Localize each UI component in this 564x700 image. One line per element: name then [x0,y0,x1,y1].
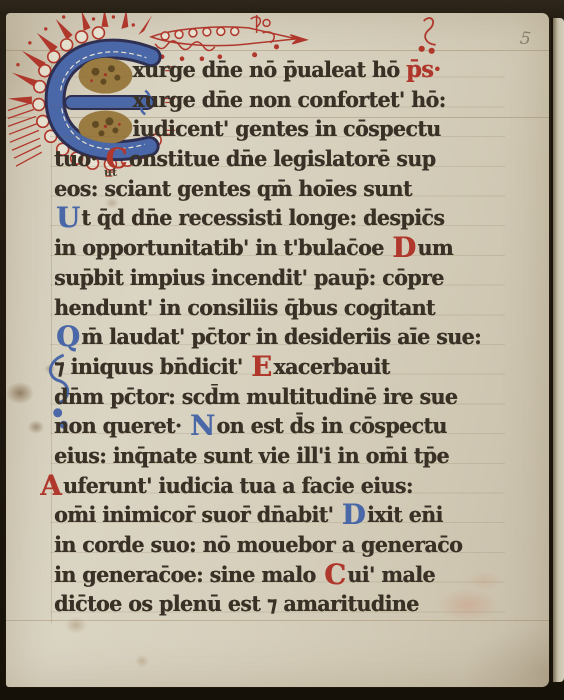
versal-initial: N [188,409,216,442]
text-line: Auferunt' iudicia tua a facie eius: [54,471,490,501]
ruling-line [6,620,549,621]
paraph-mark-icon [420,18,436,53]
text-segment: onstitue dn̄e legislatorē sup [129,146,436,171]
text-segment: t q̄d dn̄e recessisti longe: despic̄s [81,205,444,230]
text-segment: non queret· [54,413,188,438]
text-segment: om̄i inimicor̄ suor̄ dn̄abit' [54,502,340,527]
margin-ruling-line [51,43,52,623]
text-segment: hendunt' in consiliis q̄bus cogitant [54,295,435,320]
text-segment: in corde suo: nō mouebor a generac̄o [54,532,462,557]
parchment-page: E xurge dn̄e nō p̄ualeat hō p̄s·xurge … [6,13,549,687]
text-segment: ui' male [347,562,435,587]
text-line: Ut q̄d dn̄e recessisti longe: despic̄s [54,203,490,233]
text-segment: tuo· [54,146,104,171]
text-line: hendunt' in consiliis q̄bus cogitant [54,293,490,323]
versal-initial: D [340,498,367,531]
text-segment: xurge dn̄e non confortet' hō: [132,87,445,112]
text-segment: iudicent' gentes in cōspectu [132,116,440,141]
text-line: Qm̄ laudat' pc̄tor in desideriis aīe sue… [54,322,490,352]
text-line: xurge dn̄e non confortet' hō: [54,85,490,115]
versal-initial: C [322,558,347,591]
text-segment: dn̄m pc̄tor: scd̄m multitudinē ire sue [54,384,457,409]
text-line: eius: inq̄nate sunt vie ill'i in om̄i tp… [54,441,490,471]
interlinear-note: ut [104,166,117,179]
text-line: dn̄m pc̄tor: scd̄m multitudinē ire sue [54,382,490,412]
text-line: eos: sciant gentes qm̄ hoīes sunt [54,174,490,204]
hatching-icon [8,103,42,167]
text-segment: eos: sciant gentes qm̄ hoīes sunt [54,176,412,201]
text-segment: m̄ laudat' pc̄tor in desideriis aīe sue: [81,324,481,349]
versal-initial: U [54,201,81,234]
ruling-line [6,50,549,51]
text-segment: xacerbauit [273,354,389,379]
illuminated-initial-letter: E [6,13,7,14]
text-segment: uferunt' iudicia tua a facie eius: [63,473,413,498]
penwork-banner-icon [151,15,306,60]
versal-initial: E [249,350,273,383]
text-segment: ixit en̄i [367,502,443,527]
text-line: non queret· Non est d̄s in cōspectu [54,411,490,441]
text-line: iudicent' gentes in cōspectu [54,114,490,144]
folio-number: 5 [519,28,532,49]
text-line: tuo· Constitue dn̄e legislatorē sup [54,144,490,174]
versal-initial: Q [54,320,81,353]
text-segment: dic̄toe os plenū est ⁊ amaritudine [54,591,419,616]
text-line: in generac̄oe: sine malo Cui' male [54,560,490,590]
text-segment: in opportunitatib' in t'bulac̄oe [54,235,390,260]
text-segment: p̄s· [406,56,441,83]
text-segment: on est d̄s in cōspectu [216,413,446,438]
text-line: in opportunitatib' in t'bulac̄oe Dum [54,233,490,263]
text-line: om̄i inimicor̄ suor̄ dn̄abit' Dixit en̄i [54,500,490,530]
text-segment: eius: inq̄nate sunt vie ill'i in om̄i tp… [54,443,449,468]
text-segment: ⁊ iniquus bn̄dicit' [54,354,249,379]
text-line: sup̄bit impius incendit' paup̄: cōpre [54,263,490,293]
versal-initial: A [38,469,63,502]
text-line: in corde suo: nō mouebor a generac̄o [54,530,490,560]
text-line: ⁊ iniquus bn̄dicit' Exacerbauit [54,352,490,382]
page-fore-edge [551,18,564,682]
text-segment: um [417,235,453,260]
text-line: dic̄toe os plenū est ⁊ amaritudine [54,589,490,619]
versal-initial: D [390,231,417,264]
text-segment: sup̄bit impius incendit' paup̄: cōpre [54,265,444,290]
text-line: xurge dn̄e nō p̄ualeat hō p̄s· [54,55,490,85]
manuscript-photo: { "document": { "folio_number": "5", "il… [0,0,564,700]
text-lines: xurge dn̄e nō p̄ualeat hō p̄s·xurge dn… [54,55,499,619]
text-segment: xurge dn̄e nō p̄ualeat hō [132,57,406,82]
text-segment: in generac̄oe: sine malo [54,562,322,587]
